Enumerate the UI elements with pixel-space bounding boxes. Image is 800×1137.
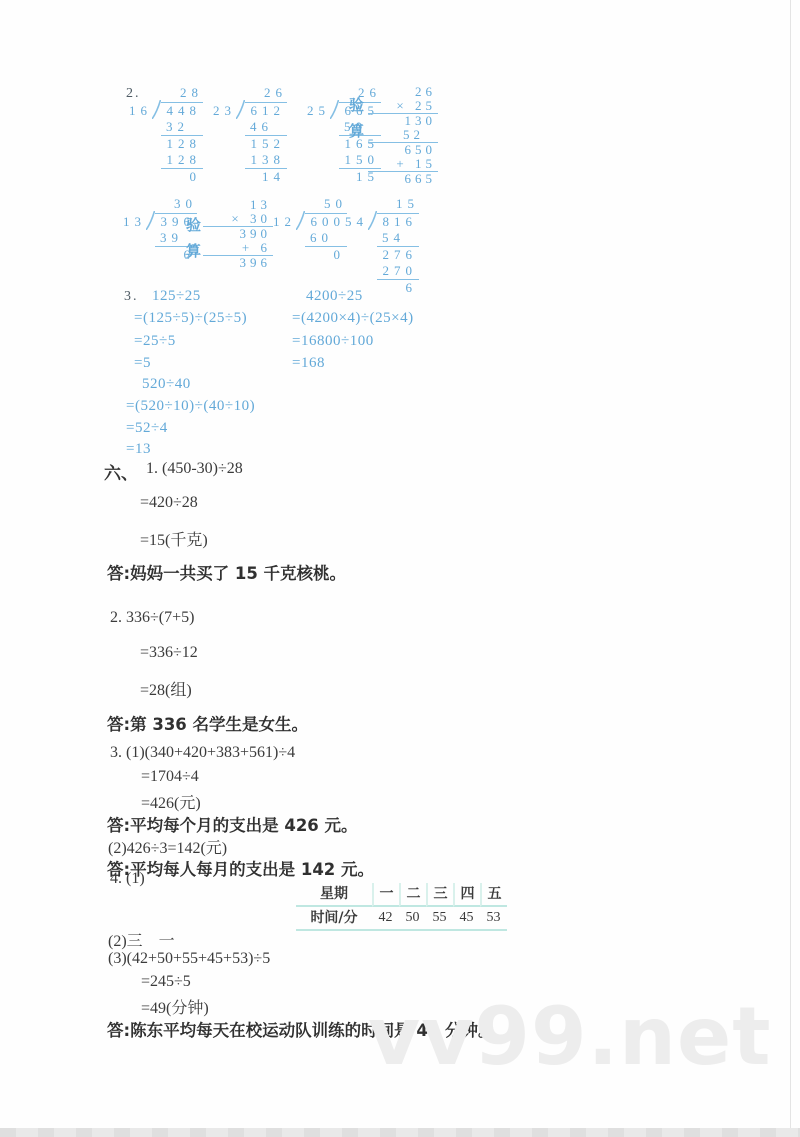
table-cell: 53 bbox=[480, 907, 507, 931]
mult-row: 26 bbox=[368, 85, 438, 99]
math-line: =49(分钟) bbox=[141, 995, 209, 1018]
table-cell: 55 bbox=[426, 907, 453, 931]
division-bracket-icon bbox=[296, 211, 305, 230]
mult-row: 665 bbox=[368, 172, 438, 186]
mult-row: 650 bbox=[368, 143, 438, 157]
step: 6 bbox=[377, 280, 419, 296]
math-line: =168 bbox=[292, 355, 325, 372]
math-line: =426(元) bbox=[141, 790, 201, 813]
dividend: 816 bbox=[377, 213, 419, 230]
worksheet-page: 2. 28 16 448 32 128 128 0 26 23 612 46 1… bbox=[0, 0, 800, 1137]
math-line: (3)(42+50+55+45+53)÷5 bbox=[108, 950, 270, 968]
dividend: 600 bbox=[305, 213, 347, 230]
math-line: 4200÷25 bbox=[306, 288, 363, 305]
quotient: 28 bbox=[161, 85, 205, 101]
division-steps: 32 128 128 0 bbox=[161, 119, 203, 185]
math-line: =1704÷4 bbox=[141, 768, 199, 786]
mult-row: + 15 bbox=[368, 157, 438, 172]
step: 0 bbox=[161, 169, 203, 185]
quotient: 26 bbox=[245, 85, 289, 101]
divisor: 16 bbox=[128, 103, 152, 119]
math-line: =336÷12 bbox=[140, 644, 198, 662]
division-row: 54 816 bbox=[344, 212, 421, 230]
step: 46 bbox=[245, 119, 287, 136]
long-division-448-16: 28 16 448 32 128 128 0 bbox=[128, 85, 205, 185]
divisor: 12 bbox=[272, 214, 296, 230]
division-steps: 60 0 bbox=[305, 230, 347, 263]
step: 152 bbox=[245, 136, 287, 152]
math-line: =(125÷5)÷(25÷5) bbox=[134, 310, 247, 327]
math-line: =52÷4 bbox=[126, 420, 168, 437]
divisor: 23 bbox=[212, 103, 236, 119]
division-bracket-icon bbox=[152, 100, 161, 119]
table-header-cell: 四 bbox=[453, 883, 480, 907]
math-line: =16800÷100 bbox=[292, 333, 374, 350]
mult-row: 396 bbox=[203, 256, 273, 270]
math-line: =28(组) bbox=[140, 677, 192, 700]
math-line: =13 bbox=[126, 441, 151, 458]
division-bracket-icon bbox=[368, 211, 377, 230]
mult-row: × 30 bbox=[203, 212, 273, 227]
table-header-cell: 五 bbox=[480, 883, 507, 907]
table-cell: 时间/分 bbox=[296, 907, 372, 931]
division-steps: 46 152 138 14 bbox=[245, 119, 287, 185]
step: 270 bbox=[377, 263, 419, 280]
mult-row: 52 bbox=[368, 128, 438, 143]
math-line: 3. (1)(340+420+383+561)÷4 bbox=[110, 744, 295, 762]
math-line: 1. (450-30)÷28 bbox=[146, 460, 243, 478]
math-line: =(4200×4)÷(25×4) bbox=[292, 310, 414, 327]
answer-line: 答:妈妈一共买了 15 千克核桃。 bbox=[107, 560, 346, 584]
math-line: =25÷5 bbox=[134, 333, 176, 350]
step: 32 bbox=[161, 119, 203, 136]
answer-line: 答:第 336 名学生是女生。 bbox=[107, 711, 308, 735]
long-division-816-54: 15 54 816 54 276 270 6 bbox=[344, 196, 421, 296]
division-row: 16 448 bbox=[128, 101, 205, 119]
step: 14 bbox=[245, 169, 287, 185]
table-header-cell: 一 bbox=[372, 883, 399, 907]
division-steps: 54 276 270 6 bbox=[377, 230, 419, 296]
mult-row: 390 bbox=[203, 227, 273, 241]
division-row: 12 600 bbox=[272, 212, 349, 230]
bottom-scrollbar[interactable] bbox=[0, 1128, 800, 1137]
math-line: (2)三 一 bbox=[108, 928, 175, 951]
multiplication-check-26x25: 26 × 25 130 52 650 + 15 665 bbox=[368, 85, 438, 186]
check-label-1: 验算 bbox=[349, 92, 368, 144]
mult-row: 130 bbox=[368, 114, 438, 128]
division-row: 23 612 bbox=[212, 101, 289, 119]
mult-row: + 6 bbox=[203, 241, 273, 256]
math-line: =420÷28 bbox=[140, 494, 198, 512]
math-line: 125÷25 bbox=[152, 288, 201, 305]
watermark: vv99.net bbox=[368, 990, 771, 1083]
table-header-cell: 三 bbox=[426, 883, 453, 907]
page-edge-line bbox=[790, 0, 791, 1137]
dividend: 448 bbox=[161, 102, 203, 119]
weekly-time-table: 星期 一 二 三 四 五 时间/分 42 50 55 45 53 bbox=[296, 883, 507, 931]
problem-3-label: 3. bbox=[124, 289, 139, 305]
step: 128 bbox=[161, 152, 203, 169]
division-bracket-icon bbox=[236, 100, 245, 119]
math-line: 4. (1) bbox=[110, 870, 145, 888]
division-bracket-icon bbox=[330, 100, 339, 119]
section-6-heading: 六、 bbox=[104, 459, 138, 484]
math-line: =15(千克) bbox=[140, 527, 208, 550]
quotient: 15 bbox=[377, 196, 421, 212]
math-line: (2)426÷3=142(元) bbox=[108, 835, 227, 858]
math-line: 520÷40 bbox=[142, 376, 191, 393]
step: 128 bbox=[161, 136, 203, 152]
step: 138 bbox=[245, 152, 287, 169]
step: 276 bbox=[377, 247, 419, 263]
divisor: 54 bbox=[344, 214, 368, 230]
step: 0 bbox=[305, 247, 347, 263]
step: 54 bbox=[377, 230, 419, 247]
step: 60 bbox=[305, 230, 347, 247]
long-division-600-12: 50 12 600 60 0 bbox=[272, 196, 349, 263]
division-bracket-icon bbox=[146, 211, 155, 230]
math-line: =5 bbox=[134, 355, 151, 372]
answer-line: 答:平均每人每月的支出是 142 元。 bbox=[107, 856, 374, 880]
table-cell: 50 bbox=[399, 907, 426, 931]
math-line: =245÷5 bbox=[141, 973, 191, 991]
divisor: 25 bbox=[306, 103, 330, 119]
answer-line: 答:平均每个月的支出是 426 元。 bbox=[107, 812, 358, 836]
dividend: 612 bbox=[245, 102, 287, 119]
mult-row: × 25 bbox=[368, 99, 438, 114]
math-line: =(520÷10)÷(40÷10) bbox=[126, 398, 255, 415]
long-division-612-23: 26 23 612 46 152 138 14 bbox=[212, 85, 289, 185]
math-line: 2. 336÷(7+5) bbox=[110, 609, 194, 627]
mult-row: 13 bbox=[203, 198, 273, 212]
table-cell: 42 bbox=[372, 907, 399, 931]
table-header-cell: 二 bbox=[399, 883, 426, 907]
table-header-cell: 星期 bbox=[296, 883, 372, 907]
quotient: 30 bbox=[155, 196, 199, 212]
divisor: 13 bbox=[122, 214, 146, 230]
quotient: 50 bbox=[305, 196, 349, 212]
multiplication-check-13x30: 13 × 30 390 + 6 396 bbox=[203, 198, 273, 270]
table-cell: 45 bbox=[453, 907, 480, 931]
